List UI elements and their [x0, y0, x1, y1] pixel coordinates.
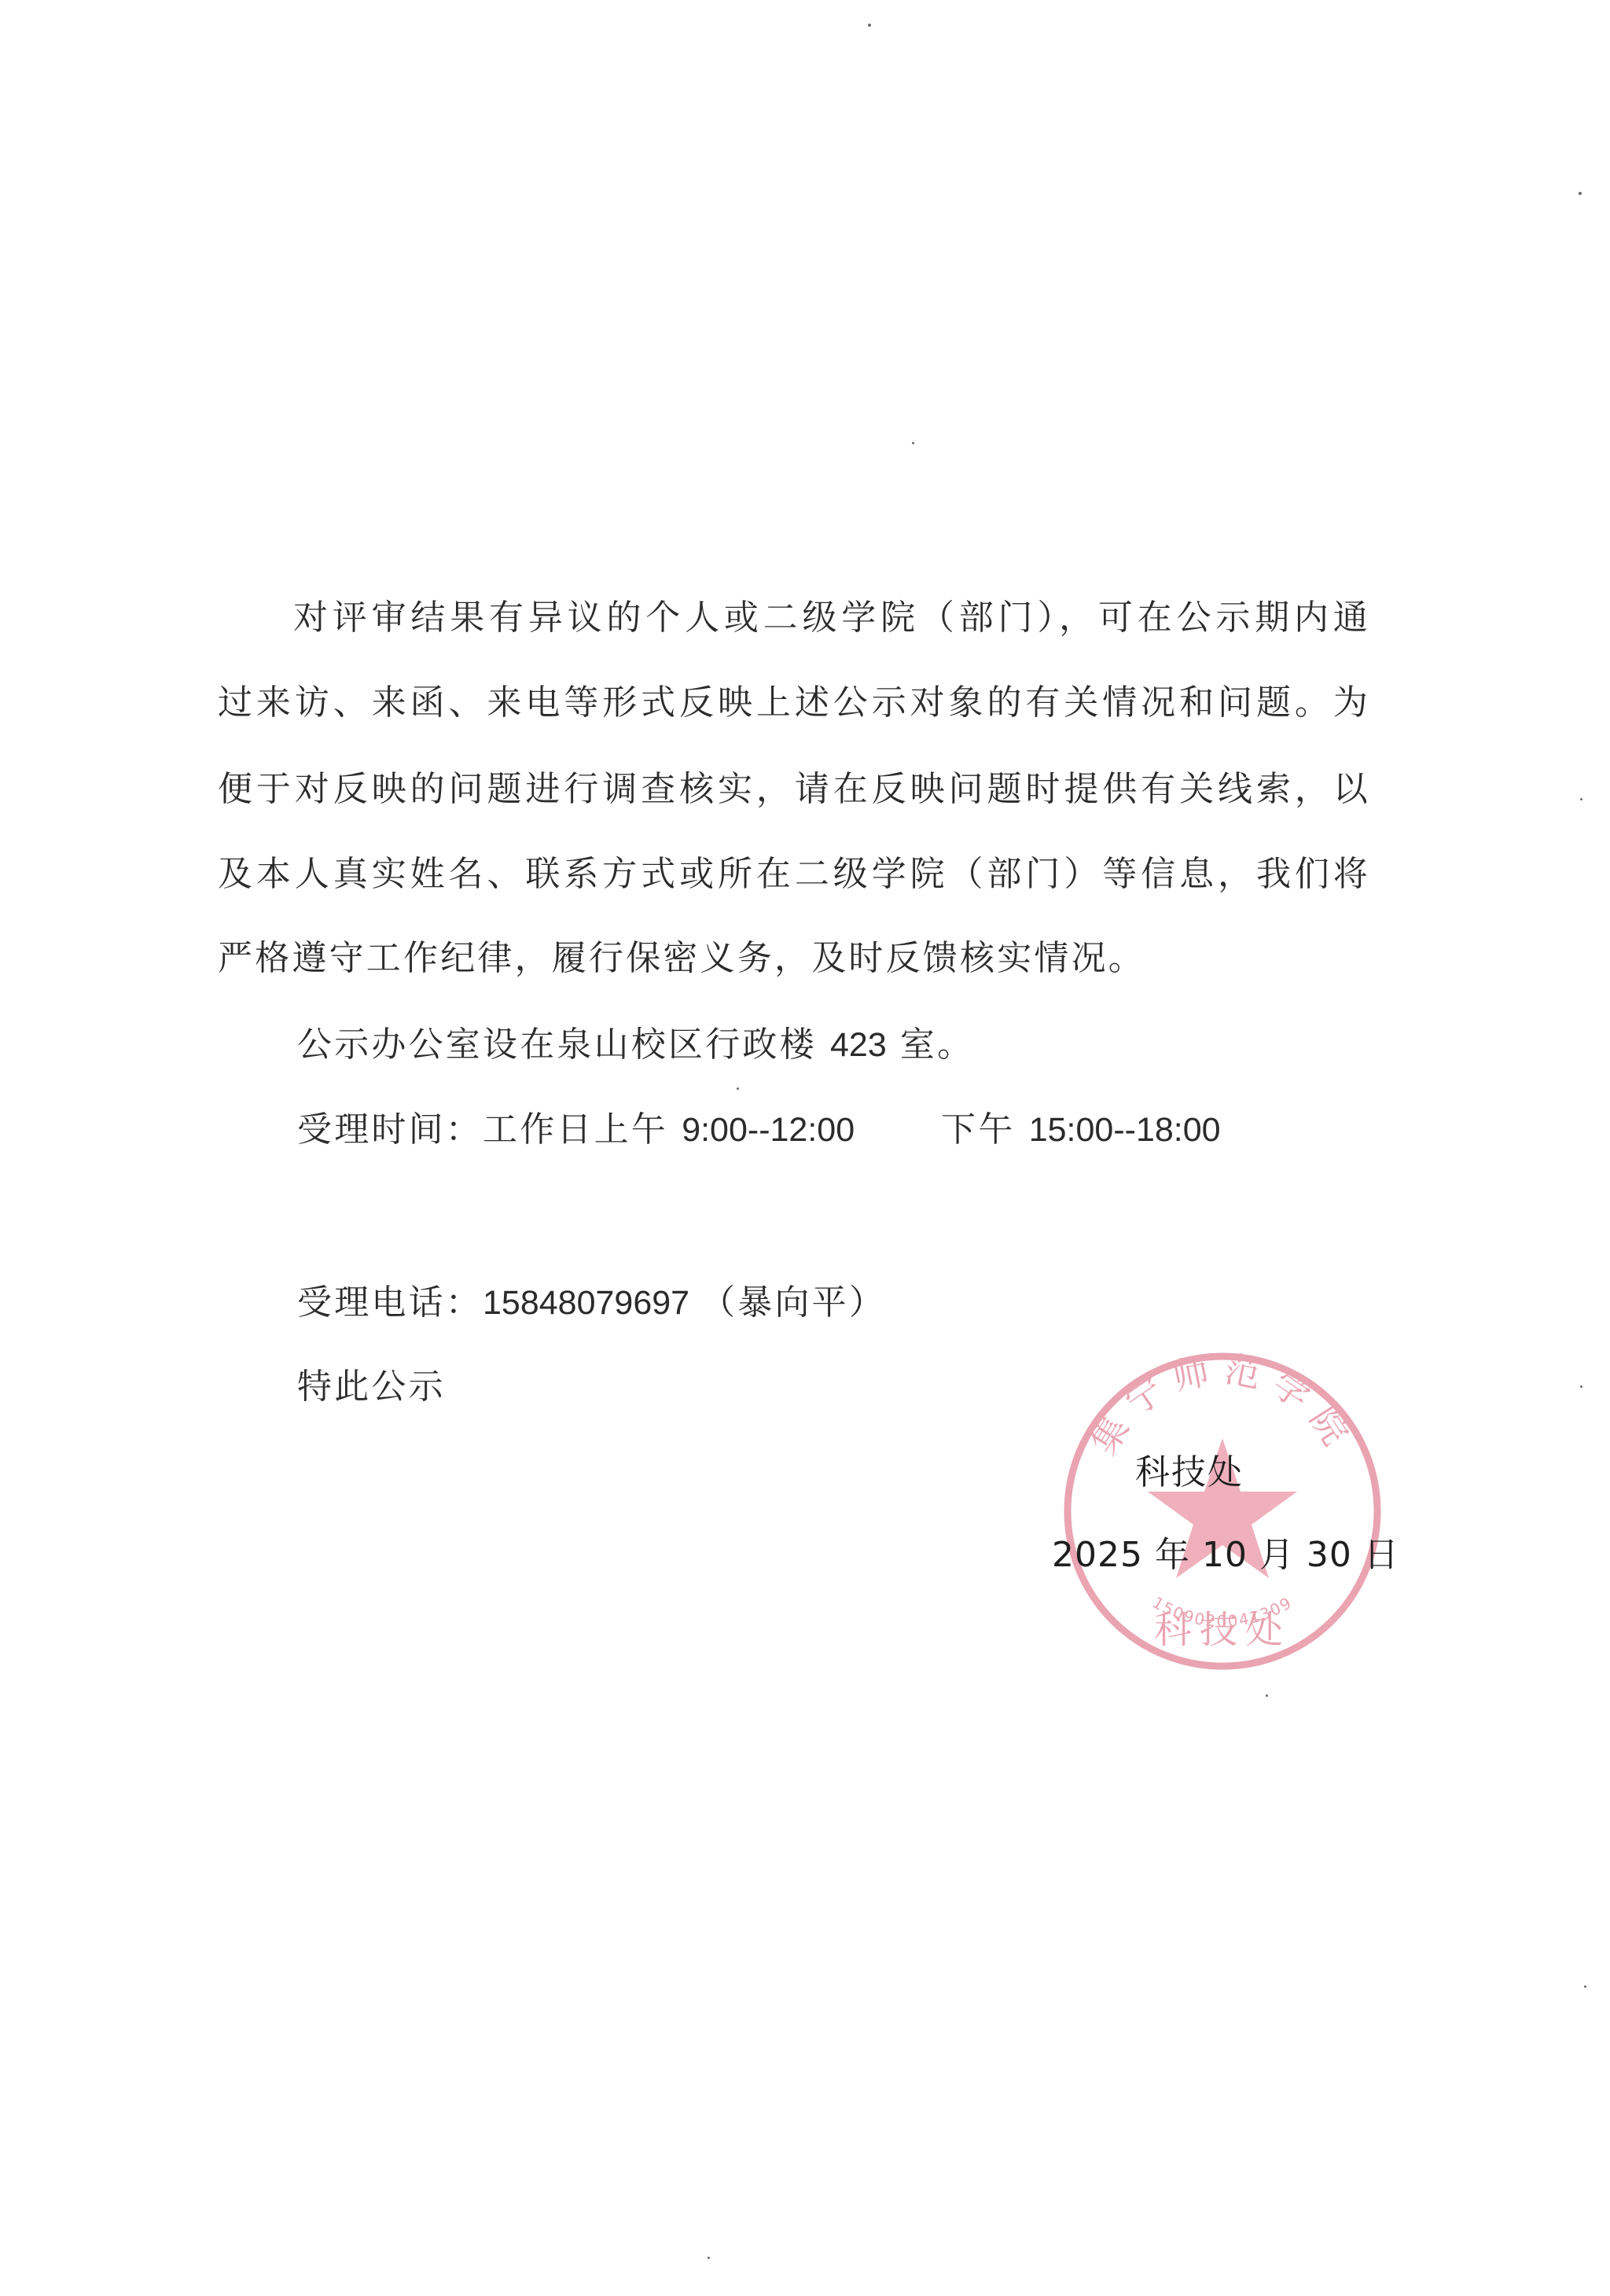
afternoon-label: 下午 — [941, 1109, 1029, 1150]
phone-contact: （暴向平） — [700, 1282, 886, 1323]
paragraph-line: 对评审结果有异议的个人或二级学院（部门），可在公示期内通 — [293, 597, 1370, 639]
signature-date: 2025 年 10 月 30 日 — [1052, 1534, 1399, 1577]
paragraph-line: 严格遵守工作纪律，履行保密义务，及时反馈核实情况。 — [218, 937, 1145, 980]
scan-speck — [1580, 798, 1582, 800]
scan-speck — [708, 2257, 710, 2259]
morning-label: 工作日上午 — [483, 1109, 682, 1150]
scan-speck — [1584, 1985, 1586, 1988]
paragraph-line: 便于对反映的问题进行调查核实，请在反映问题时提供有关线索，以 — [218, 768, 1370, 811]
morning-time: 9:00--12:00 — [682, 1111, 855, 1149]
scan-speck — [1580, 1385, 1582, 1388]
office-hours-label: 受理时间： — [297, 1109, 483, 1150]
scan-speck — [1579, 192, 1582, 195]
phone-number: 15848079697 — [483, 1284, 689, 1322]
office-location-prefix: 公示办公室设在泉山校区行政楼 — [297, 1025, 830, 1065]
office-hours: 受理时间：工作日上午 9:00--12:00下午 15:00--18:00 — [297, 1109, 1221, 1151]
afternoon-time: 15:00--18:00 — [1029, 1111, 1221, 1149]
official-seal-icon: 集宁师范学院 科技处 1509020041309 — [1061, 1350, 1384, 1672]
signature-department: 科技处 — [1135, 1452, 1244, 1494]
contact-phone: 受理电话：15848079697（暴向平） — [297, 1282, 886, 1324]
scan-speck — [912, 442, 914, 444]
room-number: 423 — [830, 1026, 887, 1064]
scan-speck — [737, 1087, 739, 1090]
office-location-suffix: 室。 — [887, 1025, 975, 1065]
phone-label: 受理电话： — [297, 1282, 483, 1323]
office-location: 公示办公室设在泉山校区行政楼 423 室。 — [297, 1024, 974, 1066]
paragraph-line: 及本人真实姓名、联系方式或所在二级学院（部门）等信息，我们将 — [218, 853, 1370, 896]
scan-speck — [868, 24, 871, 27]
paragraph-line: 过来访、来函、来电等形式反映上述公示对象的有关情况和问题。为 — [218, 682, 1370, 724]
scan-speck — [1266, 1694, 1268, 1697]
document-page: 对评审结果有异议的个人或二级学院（部门），可在公示期内通 过来访、来函、来电等形… — [0, 0, 1610, 2296]
closing-text: 特此公示 — [297, 1366, 446, 1408]
